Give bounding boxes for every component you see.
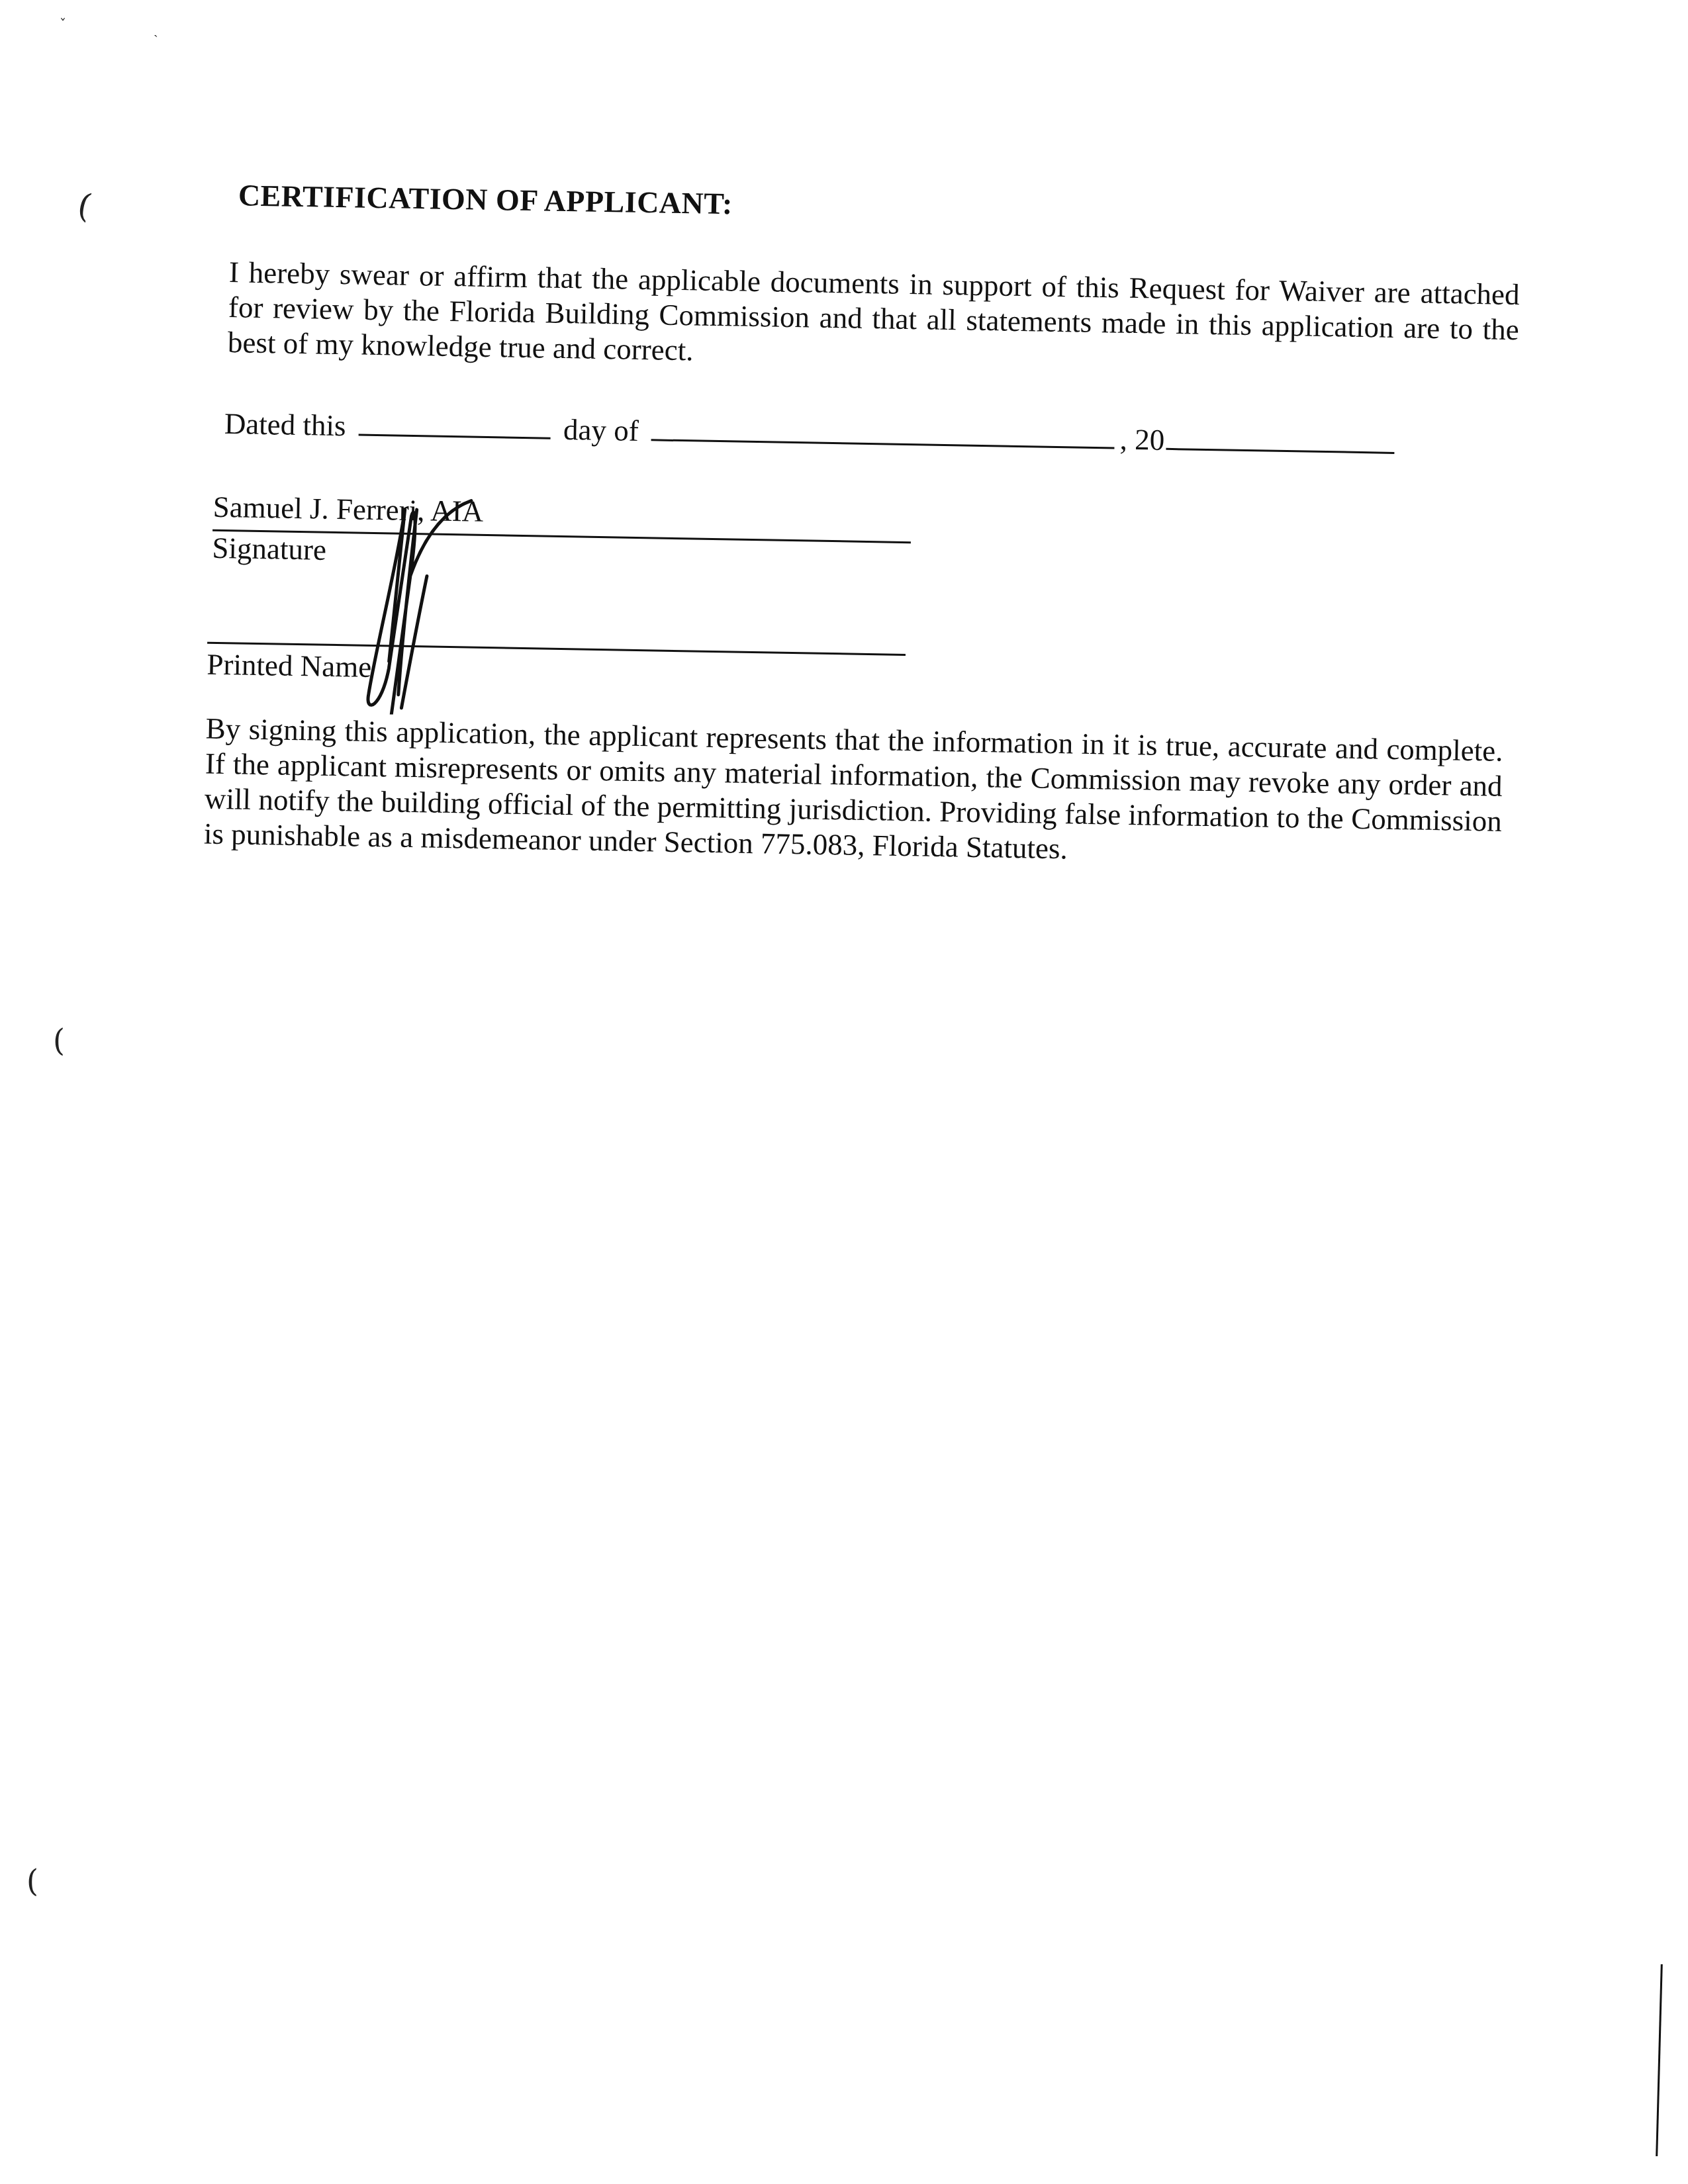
year-field[interactable] [1166,422,1395,454]
day-of-label: day of [563,413,639,447]
certification-paragraph: I hereby swear or affirm that the applic… [228,255,1520,383]
hole-punch-mark: ( [53,1023,65,1058]
section-heading: CERTIFICATION OF APPLICANT: [238,177,733,221]
scanned-page: ˇ ˎ ( ( ( CERTIFICATION OF APPLICANT: I … [0,0,1688,2184]
scan-edge-line [1656,1964,1663,2156]
printed-name-label: Printed Name [207,647,372,684]
disclaimer-paragraph: By signing this application, the applica… [204,711,1503,874]
signature-label: Signature [212,531,326,567]
month-field[interactable] [651,412,1115,449]
day-field[interactable] [359,408,551,439]
handwritten-signature [361,496,538,717]
date-line: Dated this day of , 20 [224,405,1399,461]
dated-this-label: Dated this [224,407,346,442]
hole-punch-mark: ( [26,1863,38,1899]
year-prefix-label: , 20 [1119,423,1164,457]
certification-section: CERTIFICATION OF APPLICANT: I hereby swe… [0,0,1688,1018]
